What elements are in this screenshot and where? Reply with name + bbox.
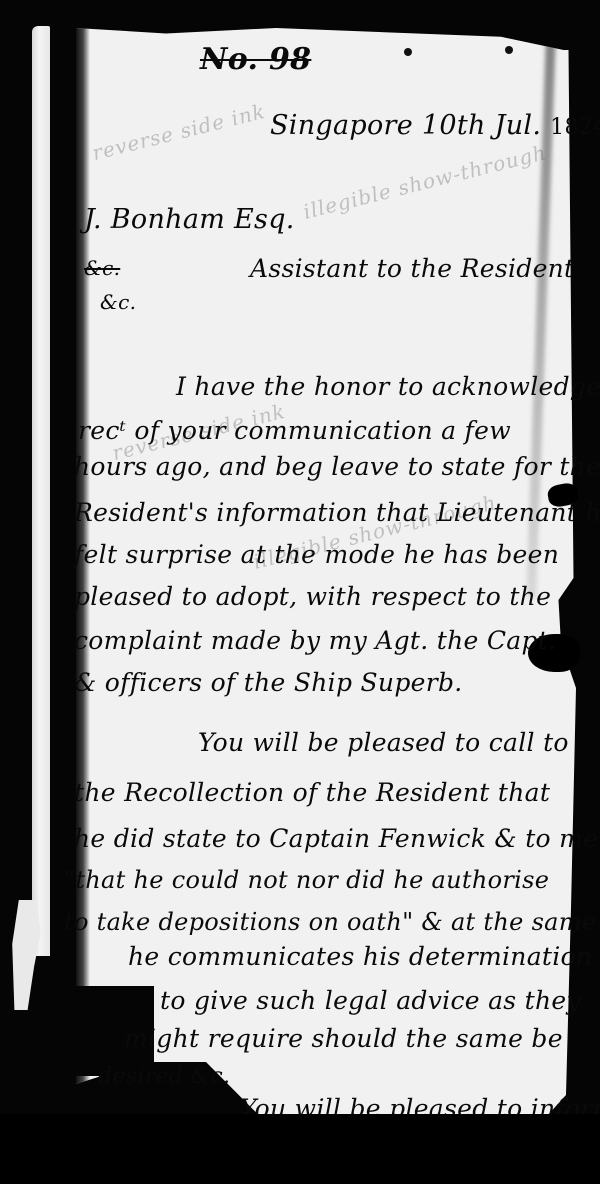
body-line-9: You will be pleased to call to xyxy=(198,728,569,757)
body-line-1: I have the honor to acknowledge xyxy=(176,372,600,401)
scan-bottom-edge xyxy=(0,1114,600,1184)
addressee-note: &c. xyxy=(100,290,136,314)
body-line-12: "that he could not nor did he authorise xyxy=(64,866,549,894)
body-line-4: Resident's information that Lieutenant h… xyxy=(74,498,600,527)
body-line-3: hours ago, and beg leave to state for th… xyxy=(74,452,600,481)
body-line-8: & officers of the Ship Superb. xyxy=(74,668,463,697)
body-line-11: he did state to Captain Fenwick & to me xyxy=(74,824,598,853)
body-line-13: to take depositions on oath" & at the sa… xyxy=(64,908,596,936)
body-line-15: to give such legal advice as they xyxy=(160,986,581,1015)
day: 10th xyxy=(422,110,486,141)
year: 1824 xyxy=(550,115,600,140)
document-number: No. 98 xyxy=(200,42,311,77)
body-line-2: recᵗ of your communication a few xyxy=(78,416,511,445)
addressee-name: J. Bonham Esq. xyxy=(84,204,295,235)
number-mark: No. 98 xyxy=(200,42,311,77)
body-line-16: might require should the same be xyxy=(124,1024,563,1053)
adjacent-page-edge xyxy=(32,26,50,956)
month: Jul. xyxy=(495,110,542,141)
body-line-5: felt surprise at the mode he has been xyxy=(74,540,559,569)
body-line-14: he communicates his determination xyxy=(128,942,592,971)
addressee-title: Assistant to the Resident xyxy=(250,254,574,283)
place-date: Singapore 10th Jul. 1824 xyxy=(270,110,600,141)
body-line-17: desired &c. xyxy=(98,1064,230,1089)
ink-spot xyxy=(404,48,412,56)
ink-spot xyxy=(505,46,513,54)
body-line-10: the Recollection of the Resident that xyxy=(74,778,550,807)
place: Singapore xyxy=(270,110,413,141)
body-line-6: pleased to adopt, with respect to the xyxy=(74,582,551,611)
addressee-note: &c. xyxy=(84,256,120,280)
body-line-7: complaint made by my Agt. the Capt. xyxy=(74,626,556,655)
